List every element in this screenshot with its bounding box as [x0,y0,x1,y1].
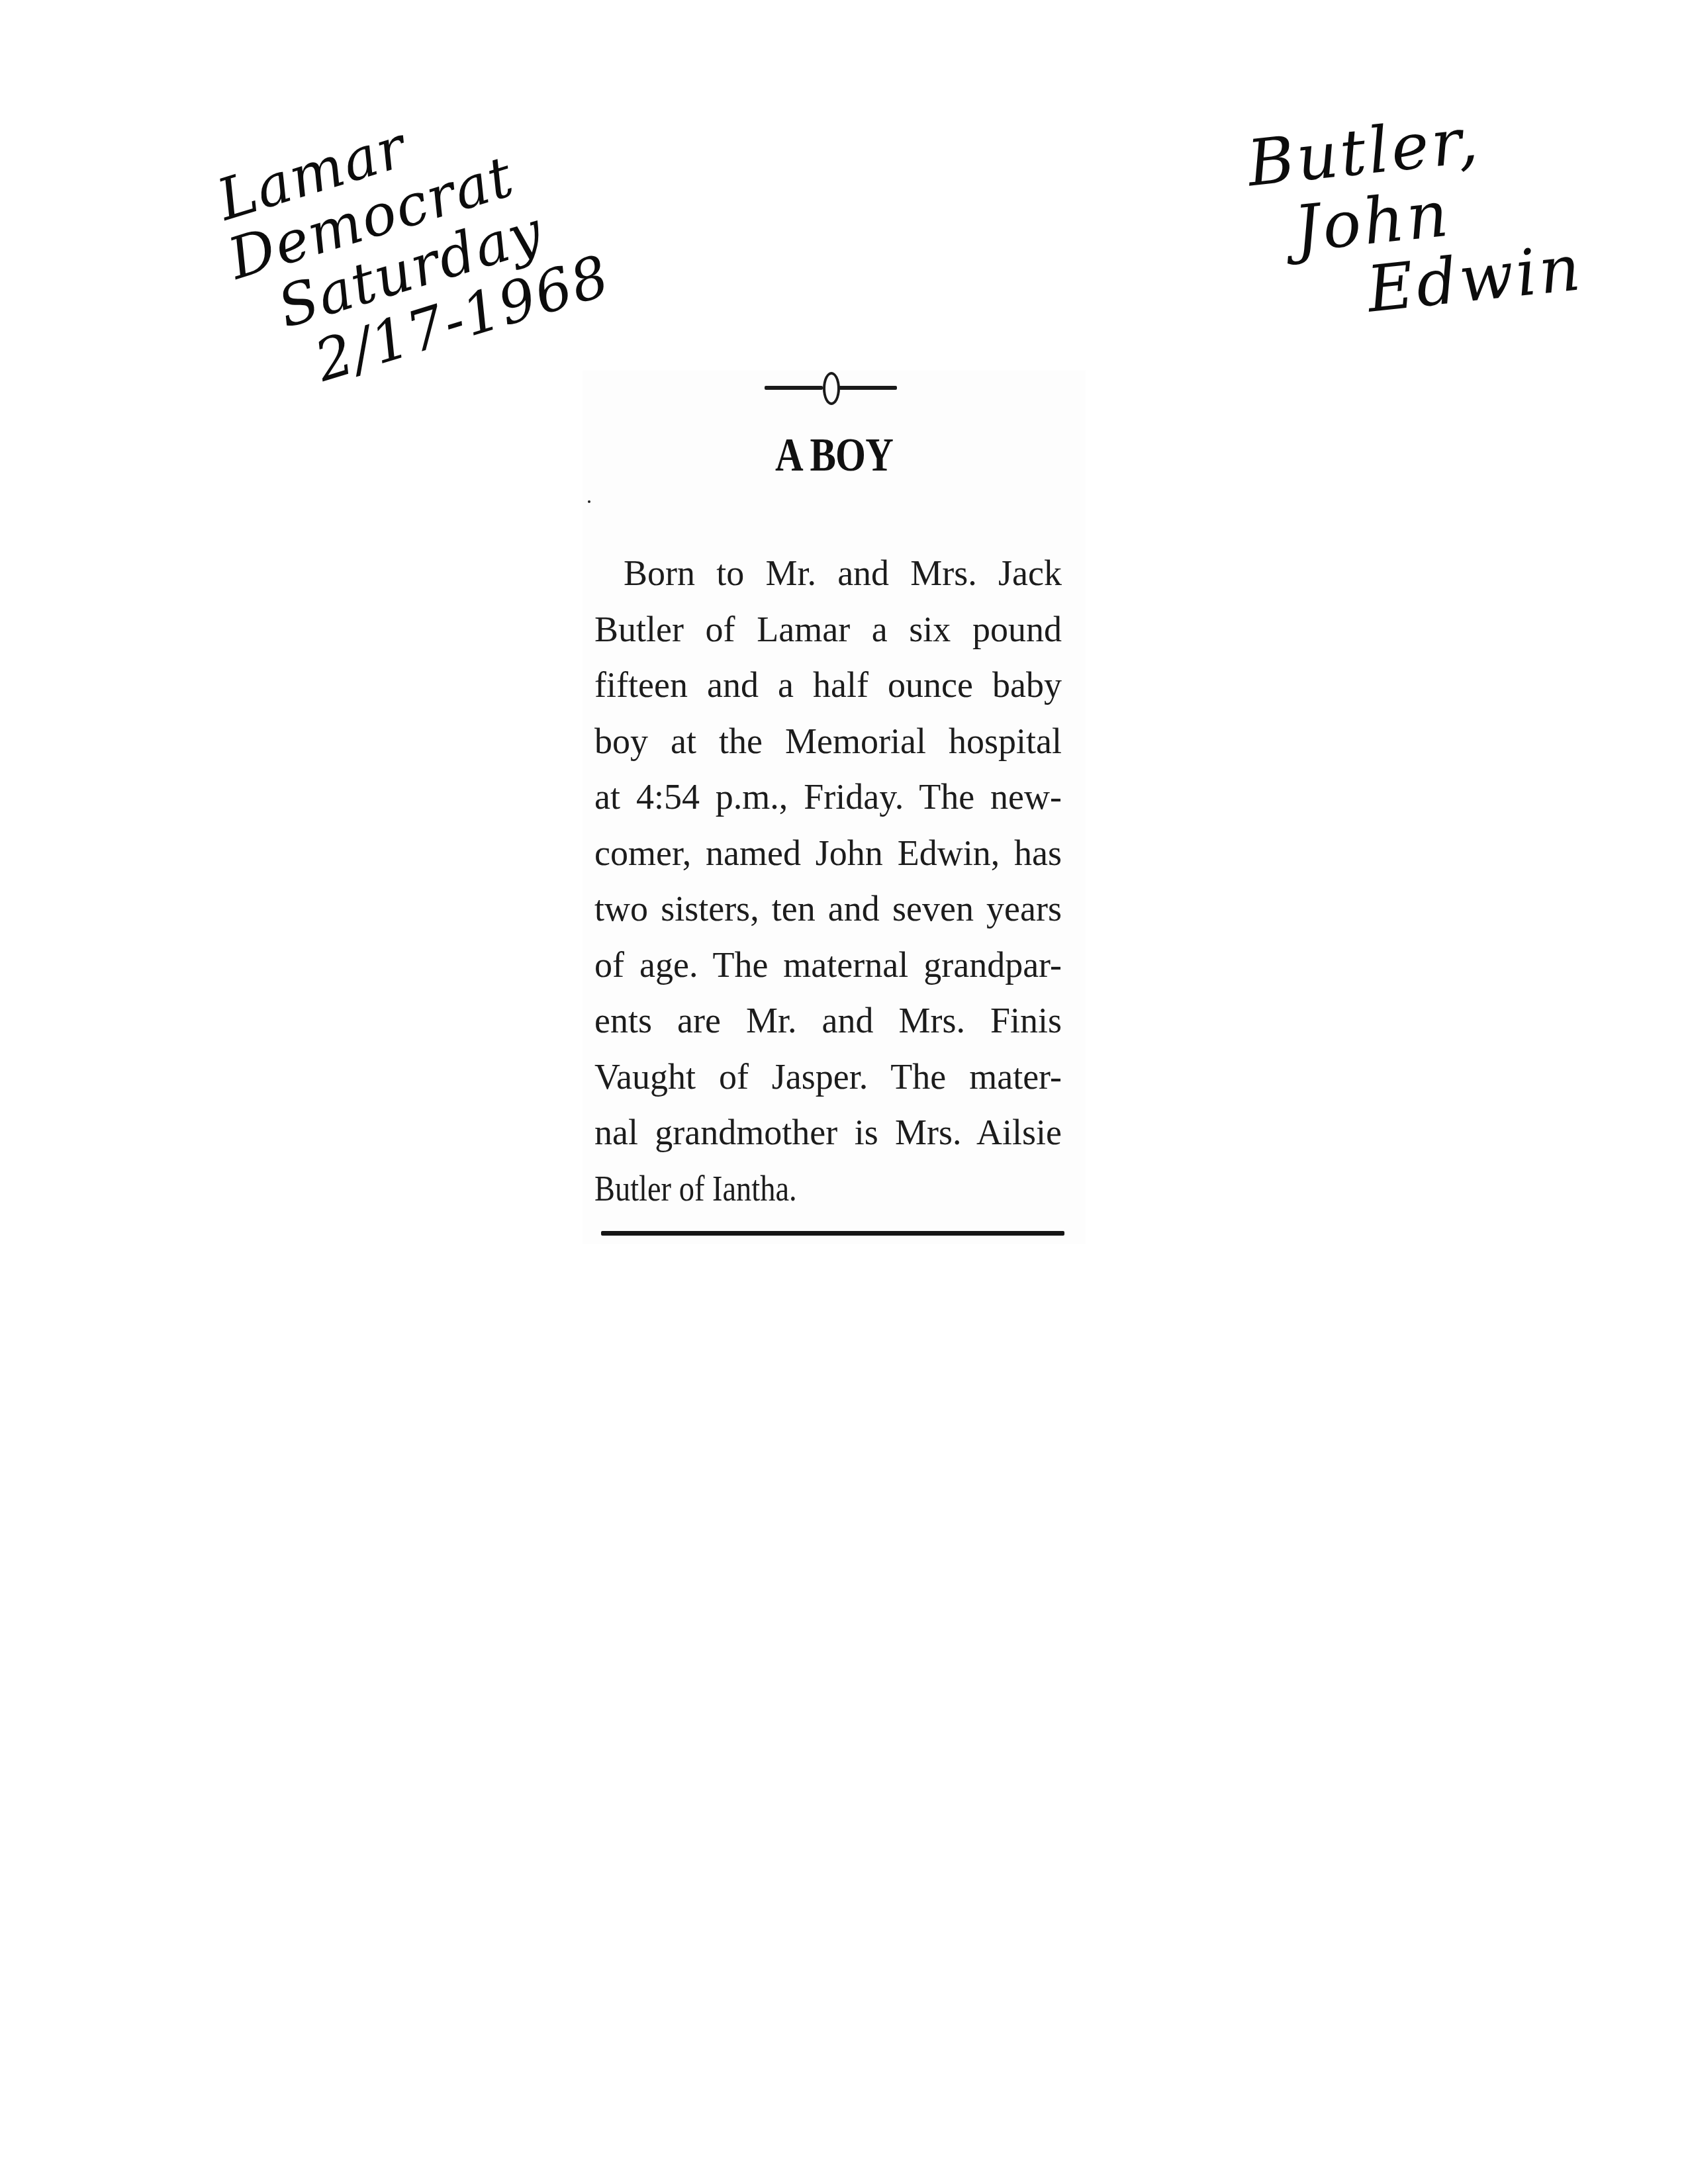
body-line: Vaught of Jasper. The mater- [594,1049,1062,1105]
body-line: Butler of Iantha. [594,1161,1062,1217]
clipping-headline: A BOY [628,428,1040,482]
handwritten-source-note: Lamar Democrat Saturday 2/17-1968 [199,72,616,408]
bottom-rule-divider [601,1231,1064,1236]
print-speck [588,500,590,503]
body-line: ents are Mr. and Mrs. Finis [594,993,1062,1049]
body-line: at 4:54 p.m., Friday. The new- [594,769,1062,825]
body-line: of age. The maternal grandpar- [594,937,1062,993]
body-line: fifteen and a half ounce baby [594,657,1062,713]
body-line: Butler of Lamar a six pound [594,602,1062,658]
body-line: comer, named John Edwin, has [594,825,1062,882]
rule-with-oval-divider-icon [765,371,897,404]
clipping-body: Born to Mr. and Mrs. Jack Butler of Lama… [594,545,1062,1216]
handwritten-name-note: Butler, John Edwin [1244,99,1585,332]
newspaper-clipping: A BOY Born to Mr. and Mrs. Jack Butler o… [583,371,1086,1244]
body-line: two sisters, ten and seven years [594,881,1062,937]
body-line: Born to Mr. and Mrs. Jack [594,545,1062,602]
body-line: nal grandmother is Mrs. Ailsie [594,1105,1062,1161]
body-line: boy at the Memorial hospital [594,713,1062,770]
